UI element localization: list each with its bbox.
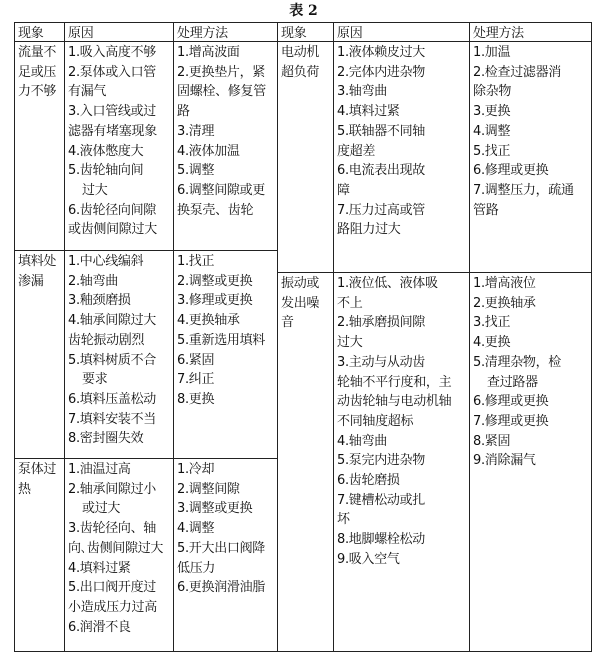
cell-line: 3.釉颈磨损 bbox=[68, 291, 171, 311]
header-phenomenon: 现象 bbox=[14, 22, 65, 42]
methods-cell: 1.加温2.检查过滤器消除杂物3.更换4.调整5.找正6.修理或更换7.调整压力… bbox=[469, 41, 592, 273]
cell-line: 2.更换轴承 bbox=[473, 294, 589, 314]
cell-line: 1.加温 bbox=[473, 43, 589, 63]
cell-line: 7.修理或更换 bbox=[473, 412, 589, 432]
header-methods: 处理方法 bbox=[173, 22, 278, 42]
cell-line: 6.齿轮磨损 bbox=[337, 471, 467, 491]
phenomenon-cell: 填料处渗漏 bbox=[14, 250, 65, 459]
cell-line: 6.填料压盖松动 bbox=[68, 390, 171, 410]
cell-line: 7.纠正 bbox=[177, 370, 275, 390]
cell-line: 6.润滑不良 bbox=[68, 618, 171, 638]
cell-line: 6.调整间隙或更 bbox=[177, 181, 275, 201]
cell-line: 发出噪 bbox=[281, 294, 331, 314]
causes-cell: 1.液位低、液体吸不上2.轴承磨损间隙过大3.主动与从动齿轮轴不平行度和，主动齿… bbox=[333, 272, 470, 652]
phenomenon-cell: 泵体过热 bbox=[14, 458, 65, 652]
cell-line: 7.压力过高或管 bbox=[337, 201, 467, 221]
cell-line: 4.填料过紧 bbox=[337, 102, 467, 122]
cell-line: 1.油温过高 bbox=[68, 460, 171, 480]
cell-line: 2.轴弯曲 bbox=[68, 272, 171, 292]
cell-line: 7.调整压力，疏通 bbox=[473, 181, 589, 201]
cell-line: 音 bbox=[281, 313, 331, 333]
cell-line: 除杂物 bbox=[473, 82, 589, 102]
cell-line: 3.调整或更换 bbox=[177, 499, 275, 519]
phenomenon-cell: 振动或发出噪音 bbox=[277, 272, 334, 652]
cell-line: 6.电流表出现故 bbox=[337, 161, 467, 181]
cell-line: 滤器有堵塞现象 bbox=[68, 122, 171, 142]
cell-line: 路 bbox=[177, 102, 275, 122]
cell-line: 3.清理 bbox=[177, 122, 275, 142]
cell-line: 1.液体赖皮过大 bbox=[337, 43, 467, 63]
cell-line: 5.联轴器不同轴 bbox=[337, 122, 467, 142]
cell-line: 要求 bbox=[68, 370, 171, 390]
cell-line: 3.主动与从动齿 bbox=[337, 353, 467, 373]
cell-line: 低压力 bbox=[177, 559, 275, 579]
cell-line: 动齿轮轴与电动机轴 bbox=[337, 392, 467, 412]
methods-cell: 1.增高液位2.更换轴承3.找正4.更换5.清理杂物，检查过路器6.修理或更换7… bbox=[469, 272, 592, 652]
cell-line: 或齿侧间隙过大 bbox=[68, 220, 171, 240]
cell-line: 或过大 bbox=[68, 499, 171, 519]
cell-line: 2.调整或更换 bbox=[177, 272, 275, 292]
cell-line: 4.轴承间隙过大 bbox=[68, 311, 171, 331]
cell-line: 足或压 bbox=[18, 63, 62, 83]
cell-line: 不同轴度超标 bbox=[337, 412, 467, 432]
cell-line: 4.液体加温 bbox=[177, 142, 275, 162]
cell-line: 2.检查过滤器消 bbox=[473, 63, 589, 83]
cell-line: 7.填料安装不当 bbox=[68, 410, 171, 430]
cell-line: 3.齿轮径向、轴 bbox=[68, 519, 171, 539]
cell-line: 过大 bbox=[68, 181, 171, 201]
cell-line: 4.更换轴承 bbox=[177, 311, 275, 331]
cell-line: 2.调整间隙 bbox=[177, 480, 275, 500]
cell-line: 固螺栓、修复管 bbox=[177, 82, 275, 102]
cell-line: 过大 bbox=[337, 333, 467, 353]
cell-line: 4.调整 bbox=[177, 519, 275, 539]
cell-line: 2.轴承间隙过小 bbox=[68, 480, 171, 500]
methods-cell: 1.冷却2.调整间隙3.调整或更换4.调整5.开大出口阀降低压力6.更换润滑油脂 bbox=[173, 458, 278, 652]
cell-line: 3.修理或更换 bbox=[177, 291, 275, 311]
cell-line: 8.紧固 bbox=[473, 432, 589, 452]
causes-cell: 1.液体赖皮过大2.完体内进杂物3.轴弯曲4.填料过紧5.联轴器不同轴度超差6.… bbox=[333, 41, 470, 273]
cell-line: 4.调整 bbox=[473, 122, 589, 142]
cell-line: 5.重新选用填料 bbox=[177, 331, 275, 351]
cell-line: 4.轴弯曲 bbox=[337, 432, 467, 452]
cell-line: 向､齿侧间隙过大 bbox=[68, 539, 171, 559]
cell-line: 3.更换 bbox=[473, 102, 589, 122]
cell-line: 3.轴弯曲 bbox=[337, 82, 467, 102]
cell-line: 振动或 bbox=[281, 274, 331, 294]
cell-line: 齿轮振动剧烈 bbox=[68, 331, 171, 351]
cell-line: 1.中心线编斜 bbox=[68, 252, 171, 272]
cell-line: 流量不 bbox=[18, 43, 62, 63]
cell-line: 查过路器 bbox=[473, 373, 589, 393]
cell-line: 1.冷却 bbox=[177, 460, 275, 480]
cell-line: 6.修理或更换 bbox=[473, 161, 589, 181]
cell-line: 1.找正 bbox=[177, 252, 275, 272]
cell-line: 障 bbox=[337, 181, 467, 201]
cell-line: 6.齿轮径向间隙 bbox=[68, 201, 171, 221]
cell-line: 6.更换润滑油脂 bbox=[177, 578, 275, 598]
cell-line: 路阻力过大 bbox=[337, 220, 467, 240]
phenomenon-cell: 流量不足或压力不够 bbox=[14, 41, 65, 251]
cell-line: 管路 bbox=[473, 201, 589, 221]
cell-line: 泵体过 bbox=[18, 460, 62, 480]
cell-line: 8.密封圈失效 bbox=[68, 429, 171, 449]
cell-line: 坏 bbox=[337, 510, 467, 530]
cell-line: 6.紧固 bbox=[177, 351, 275, 371]
cell-line: 9.消除漏气 bbox=[473, 451, 589, 471]
causes-cell: 1.吸入高度不够2.泵体或入口管有漏气3.入口管线或过滤器有堵塞现象4.液体憋度… bbox=[64, 41, 174, 251]
cell-line: 2.泵体或入口管 bbox=[68, 63, 171, 83]
cell-line: 填料处 bbox=[18, 252, 62, 272]
causes-cell: 1.油温过高2.轴承间隙过小或过大3.齿轮径向、轴向､齿侧间隙过大4.填料过紧5… bbox=[64, 458, 174, 652]
cell-line: 6.修理或更换 bbox=[473, 392, 589, 412]
cell-line: 热 bbox=[18, 480, 62, 500]
cell-line: 8.更换 bbox=[177, 390, 275, 410]
cell-line: 小造成压力过高 bbox=[68, 598, 171, 618]
cell-line: 1.增高波面 bbox=[177, 43, 275, 63]
cell-line: 力不够 bbox=[18, 82, 62, 102]
methods-cell: 1.增高波面2.更换垫片，紧固螺栓、修复管路3.清理4.液体加温5.调整6.调整… bbox=[173, 41, 278, 251]
cell-line: 电动机 bbox=[281, 43, 331, 63]
cell-line: 5.泵完内进杂物 bbox=[337, 451, 467, 471]
cell-line: 1.液位低、液体吸 bbox=[337, 274, 467, 294]
cell-line: 3.找正 bbox=[473, 313, 589, 333]
cell-line: 度超差 bbox=[337, 142, 467, 162]
cell-line: 5.清理杂物，检 bbox=[473, 353, 589, 373]
cell-line: 5.填料树质不合 bbox=[68, 351, 171, 371]
cell-line: 5.开大出口阀降 bbox=[177, 539, 275, 559]
cell-line: 4.液体憋度大 bbox=[68, 142, 171, 162]
cell-line: 8.地脚螺栓松动 bbox=[337, 530, 467, 550]
cell-line: 5.出口阀开度过 bbox=[68, 578, 171, 598]
cell-line: 1.吸入高度不够 bbox=[68, 43, 171, 63]
cell-line: 不上 bbox=[337, 294, 467, 314]
header-causes: 原因 bbox=[64, 22, 174, 42]
cell-line: 2.轴承磨损间隙 bbox=[337, 313, 467, 333]
cell-line: 4.填料过紧 bbox=[68, 559, 171, 579]
cell-line: 5.齿轮轴向间 bbox=[68, 161, 171, 181]
header-methods: 处理方法 bbox=[469, 22, 592, 42]
cell-line: 5.找正 bbox=[473, 142, 589, 162]
cell-line: 1.增高液位 bbox=[473, 274, 589, 294]
cell-line: 5.调整 bbox=[177, 161, 275, 181]
cell-line: 7.键槽松动或扎 bbox=[337, 491, 467, 511]
methods-cell: 1.找正2.调整或更换3.修理或更换4.更换轴承5.重新选用填料6.紧固7.纠正… bbox=[173, 250, 278, 459]
header-causes: 原因 bbox=[333, 22, 470, 42]
phenomenon-cell: 电动机超负荷 bbox=[277, 41, 334, 273]
cell-line: 渗漏 bbox=[18, 272, 62, 292]
cell-line: 3.入口管线或过 bbox=[68, 102, 171, 122]
cell-line: 2.更换垫片，紧 bbox=[177, 63, 275, 83]
cell-line: 超负荷 bbox=[281, 63, 331, 83]
cell-line: 换泵壳、齿轮 bbox=[177, 201, 275, 221]
cell-line: 9.吸入空气 bbox=[337, 550, 467, 570]
causes-cell: 1.中心线编斜2.轴弯曲3.釉颈磨损4.轴承间隙过大齿轮振动剧烈5.填料树质不合… bbox=[64, 250, 174, 459]
cell-line: 轮轴不平行度和，主 bbox=[337, 373, 467, 393]
cell-line: 4.更换 bbox=[473, 333, 589, 353]
table-title: 表 2 bbox=[0, 2, 607, 20]
cell-line: 2.完体内进杂物 bbox=[337, 63, 467, 83]
cell-line: 有漏气 bbox=[68, 82, 171, 102]
header-phenomenon: 现象 bbox=[277, 22, 334, 42]
